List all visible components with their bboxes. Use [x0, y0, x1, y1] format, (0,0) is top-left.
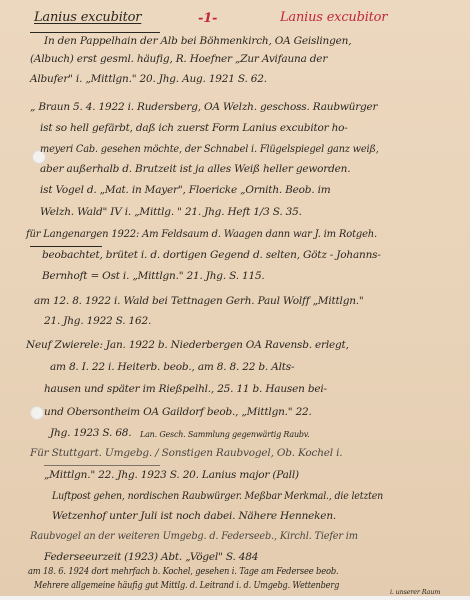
text-line: aber außerhalb d. Brutzeit ist ja alles … [40, 163, 350, 175]
header-underline [30, 32, 160, 33]
text-line: Wetzenhof unter Juli ist noch dabei. Näh… [52, 510, 336, 522]
handwritten-page: Lanius excubitor -1- Lanius excubitor In… [0, 0, 470, 596]
header-title-right: Lanius excubitor [280, 10, 387, 25]
text-line: beobachtet, brütet i. d. dortigen Gegend… [42, 249, 381, 261]
text-line: „Mittlgn." 22. Jhg. 1923 S. 20. Lanius m… [44, 469, 299, 481]
text-line: „ Braun 5. 4. 1922 i. Rudersberg, OA Wel… [30, 101, 377, 113]
text-line: Für Stuttgart. Umgebg. / Sonstigen Raubv… [30, 447, 342, 459]
scan-edge [0, 596, 470, 600]
text-line: (Albuch) erst gesml. häufig, R. Hoefner … [30, 53, 327, 65]
text-line: Albufer" i. „Mittlgn." 20. Jhg. Aug. 192… [30, 73, 267, 85]
text-line: ist Vogel d. „Mat. in Mayer", Floericke … [40, 184, 331, 196]
page-number: -1- [198, 11, 217, 26]
text-line: 21. Jhg. 1922 S. 162. [44, 315, 151, 327]
text-line: am 8. I. 22 i. Heiterb. beob., am 8. 8. … [50, 361, 294, 373]
section-underline [30, 246, 102, 247]
text-line: hausen und später im Rießpelhl., 25. 11 … [44, 383, 327, 395]
section-underline [44, 465, 160, 466]
marginal-note: Lan. Gesch. Sammlung gegenwärtig Raubv. [140, 430, 310, 439]
text-line: Jhg. 1923 S. 68. [50, 427, 131, 439]
marginal-note: i. unserer Raum [390, 588, 440, 596]
text-line: und Obersontheim OA Gaildorf beob., „Mit… [44, 406, 312, 418]
text-line: für Langenargen 1922: Am Feldsaum d. Waa… [26, 228, 377, 240]
text-line: am 12. 8. 1922 i. Wald bei Tettnagen Ger… [34, 295, 364, 307]
punch-hole-bottom [30, 406, 44, 420]
text-line: In den Pappelhain der Alb bei Böhmenkirc… [44, 35, 351, 47]
text-line: Raubvogel an der weiteren Umgebg. d. Fed… [30, 530, 358, 542]
text-line: Neuf Zwierele: Jan. 1922 b. Niederbergen… [26, 339, 349, 351]
text-line: Bernhoft = Ost i. „Mittlgn." 21. Jhg. S.… [42, 270, 265, 282]
text-line: ist so hell gefärbt, daß ich zuerst Form… [40, 122, 348, 134]
text-line: am 18. 6. 1924 dort mehrfach b. Kochel, … [28, 566, 339, 577]
text-line: Mehrere allgemeine häufig gut Mittlg. d.… [34, 580, 339, 591]
header-title-left: Lanius excubitor [34, 10, 141, 25]
text-line: Welzh. Wald" IV i. „Mittlg. " 21. Jhg. H… [40, 206, 302, 218]
text-line: Luftpost gehen, nordischen Raubwürger. M… [52, 490, 383, 502]
text-line: meyeri Cab. gesehen möchte, der Schnabel… [40, 143, 379, 155]
text-line: Federseeurzeit (1923) Abt. „Vögel" S. 48… [44, 551, 258, 563]
